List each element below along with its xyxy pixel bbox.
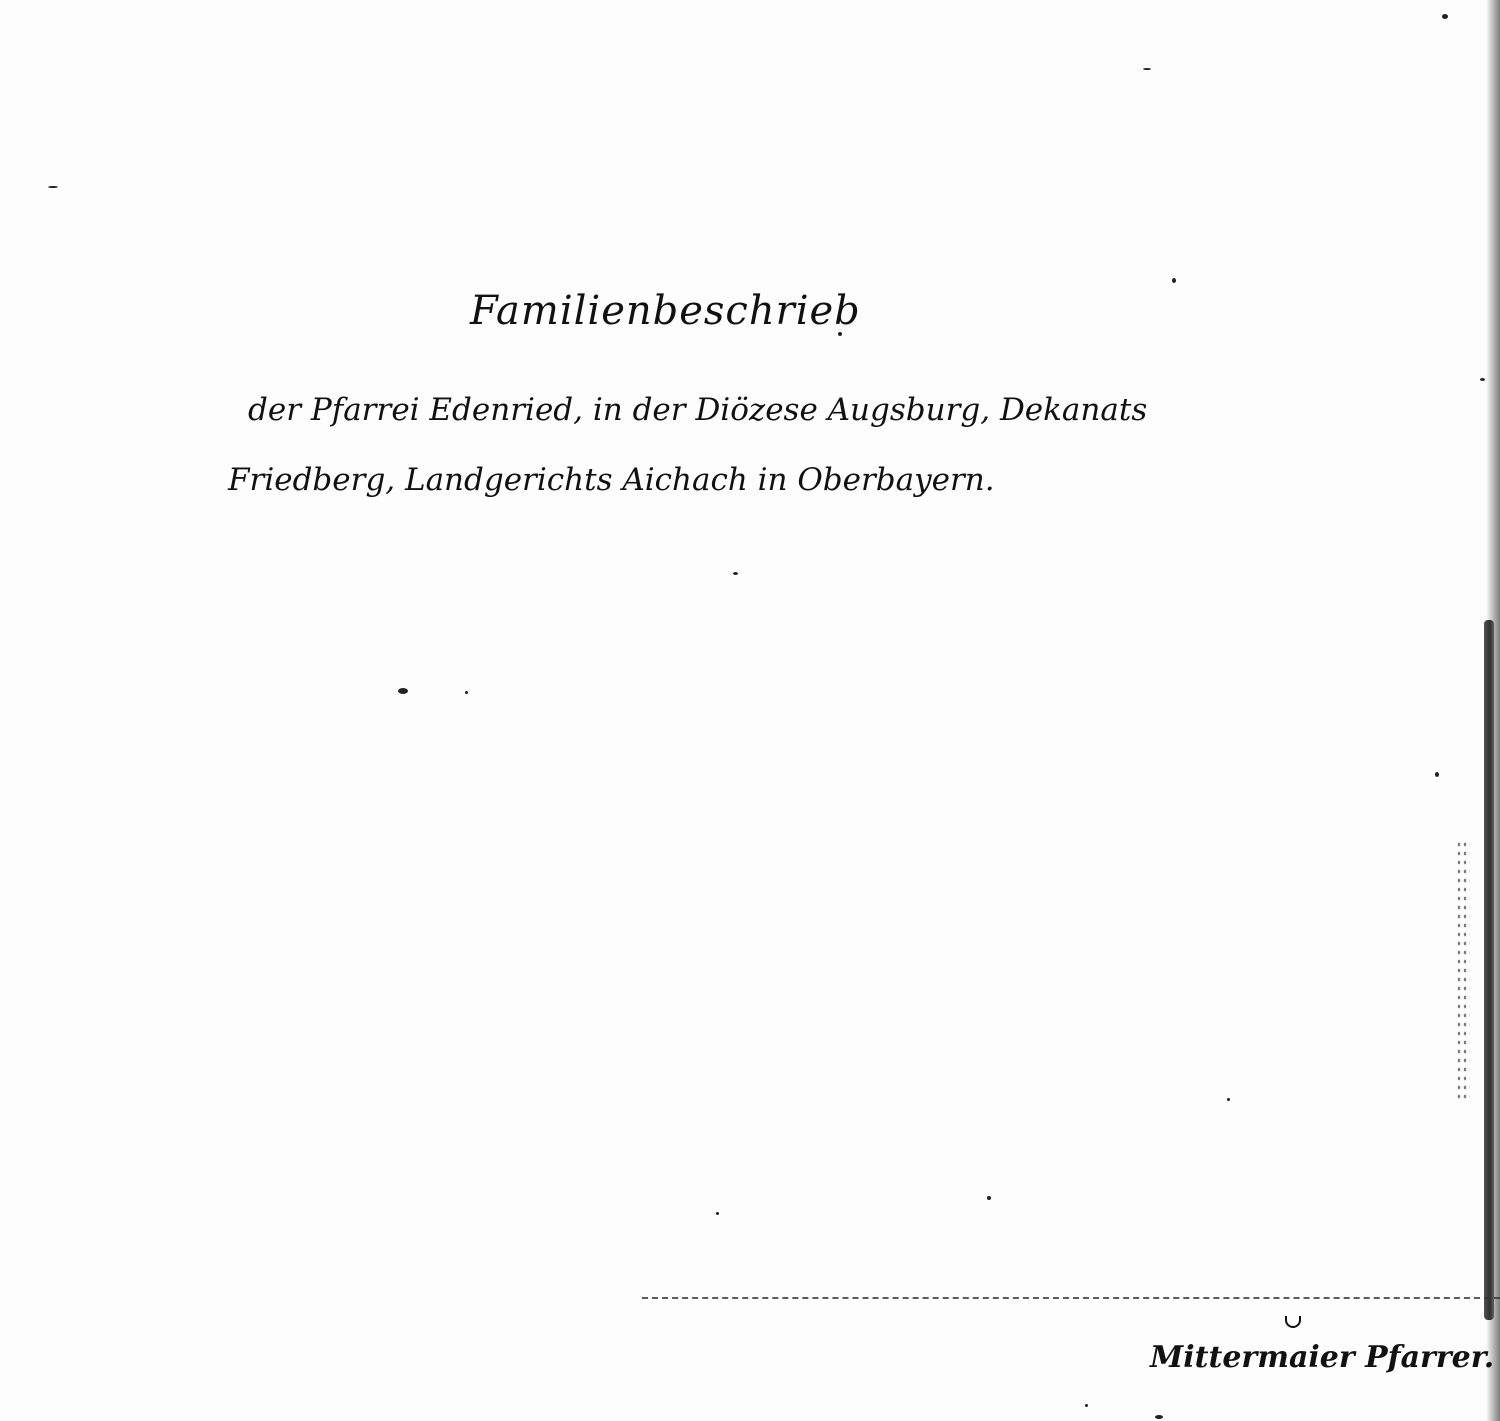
signature-rule bbox=[642, 1297, 1500, 1299]
scan-noise bbox=[1456, 840, 1470, 1100]
scan-speck bbox=[1155, 1415, 1163, 1419]
scan-speck bbox=[398, 688, 408, 694]
pastor-signature: Mittermaier Pfarrer. bbox=[1150, 1340, 1494, 1375]
scan-speck bbox=[733, 572, 738, 575]
scan-speck bbox=[1227, 1098, 1230, 1101]
body-line-1: der Pfarrei Edenried, in der Diözese Aug… bbox=[248, 392, 1147, 428]
scan-speck bbox=[48, 186, 58, 188]
scan-speck bbox=[1435, 772, 1439, 777]
scan-speck bbox=[1085, 1404, 1088, 1407]
scan-speck bbox=[1172, 278, 1176, 283]
scan-speck bbox=[465, 691, 468, 694]
u-hook-mark bbox=[1285, 1316, 1301, 1328]
document-page: Familienbeschrieb der Pfarrei Edenried, … bbox=[0, 0, 1500, 1421]
scan-speck bbox=[1442, 14, 1448, 19]
scan-speck bbox=[1143, 68, 1151, 70]
body-line-2: Friedberg, Landgerichts Aichach in Oberb… bbox=[228, 462, 995, 498]
scan-speck bbox=[1480, 378, 1485, 381]
document-title: Familienbeschrieb bbox=[470, 288, 861, 334]
scan-speck bbox=[716, 1212, 719, 1215]
scan-speck bbox=[987, 1196, 991, 1200]
scan-binding-shadow bbox=[1484, 620, 1494, 1320]
